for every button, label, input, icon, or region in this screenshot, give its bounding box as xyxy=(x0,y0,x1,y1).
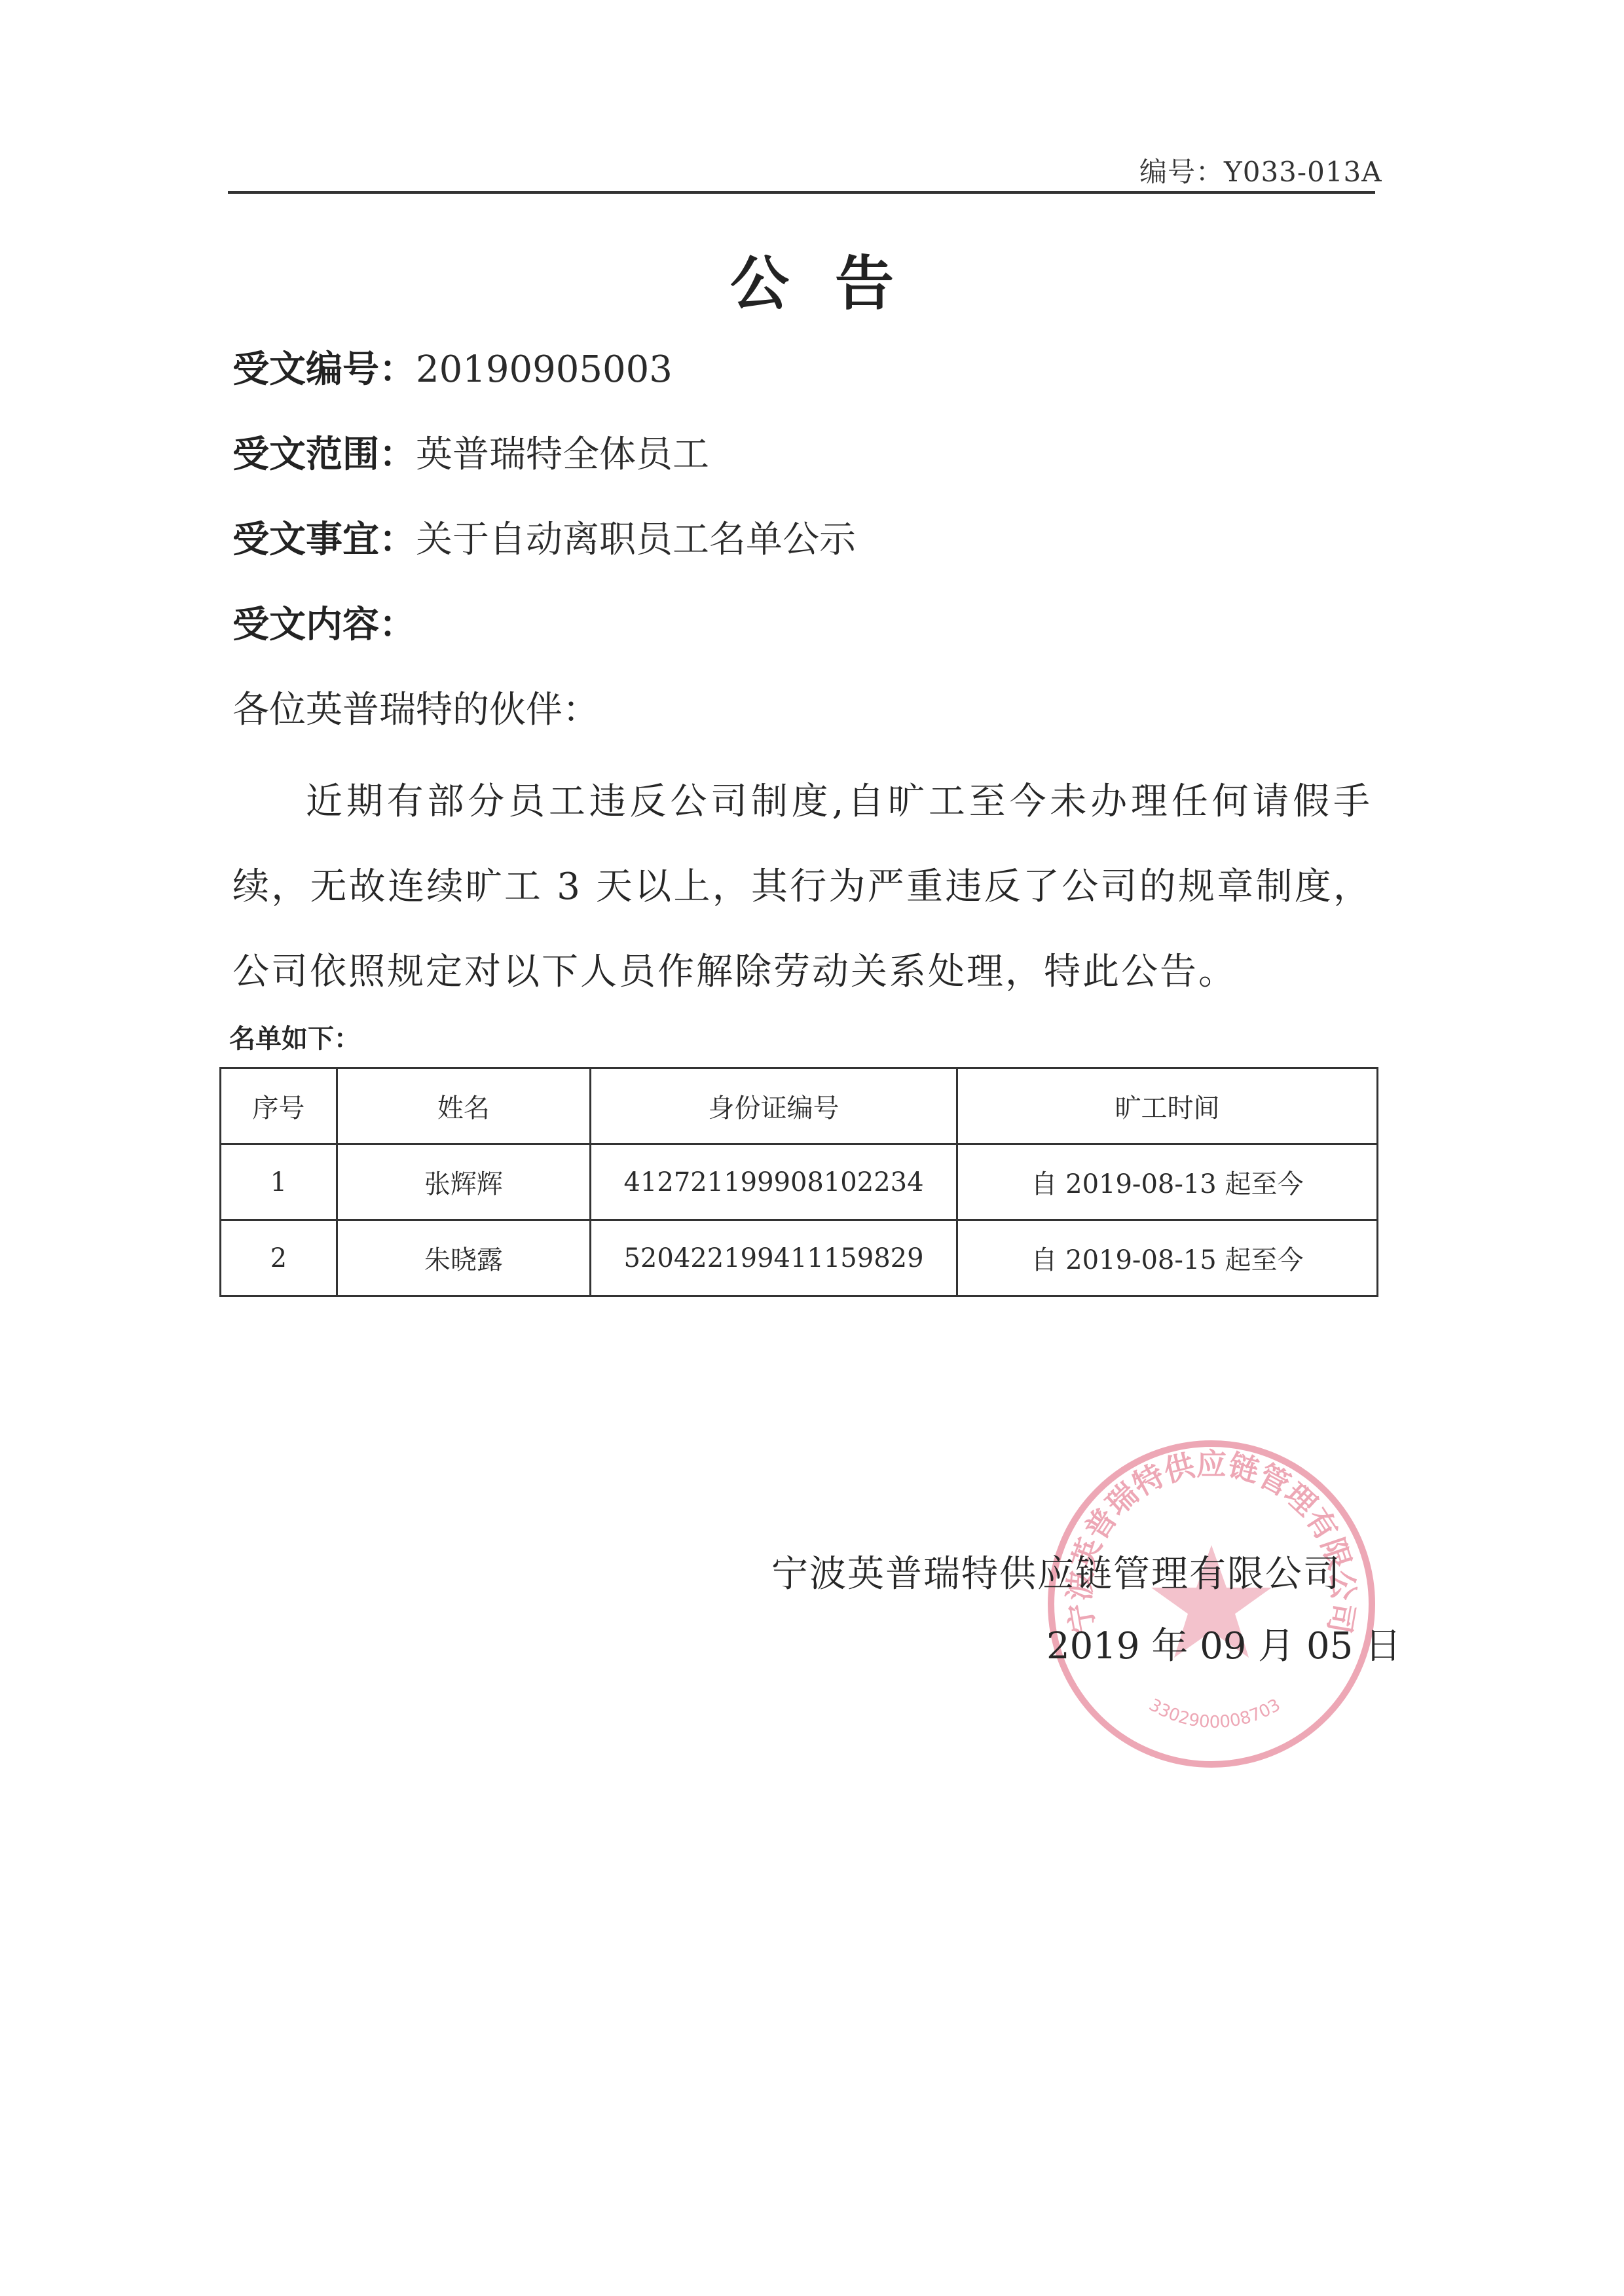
cell-index: 2 xyxy=(221,1220,337,1296)
field-label: 受文范围： xyxy=(232,433,416,476)
body-paragraph: 近期有部分员工违反公司制度,自旷工至今未办理任何请假手续，无故连续旷工 3 天以… xyxy=(232,759,1372,1015)
field-label: 受文事宜： xyxy=(232,519,416,561)
svg-text:3302900008703: 3302900008703 xyxy=(1145,1695,1283,1732)
document-code-label: 编号： xyxy=(1139,156,1224,188)
cell-absence: 自 2019-08-15 起至今 xyxy=(957,1220,1377,1296)
header-cell-name: 姓名 xyxy=(337,1068,590,1144)
field-scope: 受文范围：英普瑞特全体员工 xyxy=(232,426,709,478)
field-value: 关于自动离职员工名单公示 xyxy=(416,519,856,561)
signature-date: 2019 年 09 月 05 日 xyxy=(1046,1617,1401,1669)
stamp-number: 3302900008703 xyxy=(1145,1695,1283,1732)
cell-name: 张辉辉 xyxy=(337,1144,590,1220)
cell-absence: 自 2019-08-13 起至今 xyxy=(957,1144,1377,1220)
page-title: 公告 xyxy=(0,236,1624,321)
cell-id: 412721199908102234 xyxy=(591,1144,957,1220)
field-content: 受文内容： xyxy=(232,596,416,648)
field-value: 20190905003 xyxy=(416,348,673,391)
table-row: 1 张辉辉 412721199908102234 自 2019-08-13 起至… xyxy=(221,1144,1378,1220)
signature-company: 宁波英普瑞特供应链管理有限公司 xyxy=(771,1545,1341,1597)
field-document-number: 受文编号：20190905003 xyxy=(232,340,673,393)
field-value: 英普瑞特全体员工 xyxy=(416,433,709,476)
table-row: 2 朱晓露 520422199411159829 自 2019-08-15 起至… xyxy=(221,1220,1378,1296)
document-code: 编号：Y033-013A xyxy=(1139,151,1382,190)
employee-table: 序号 姓名 身份证编号 旷工时间 1 张辉辉 41272119990810223… xyxy=(219,1067,1378,1297)
header-cell-index: 序号 xyxy=(221,1068,337,1144)
header-divider xyxy=(228,191,1375,194)
field-label: 受文编号： xyxy=(232,348,416,391)
cell-id: 520422199411159829 xyxy=(591,1220,957,1296)
list-label: 名单如下： xyxy=(229,1018,360,1055)
field-label: 受文内容： xyxy=(232,604,416,646)
company-seal-icon: 宁波英普瑞特供应链管理有限公司 3302900008703 xyxy=(1041,1434,1382,1774)
table-header-row: 序号 姓名 身份证编号 旷工时间 xyxy=(221,1068,1378,1144)
header-cell-absence: 旷工时间 xyxy=(957,1068,1377,1144)
cell-index: 1 xyxy=(221,1144,337,1220)
greeting: 各位英普瑞特的伙伴： xyxy=(232,681,599,733)
header-cell-id: 身份证编号 xyxy=(591,1068,957,1144)
field-subject: 受文事宜：关于自动离职员工名单公示 xyxy=(232,511,856,563)
cell-name: 朱晓露 xyxy=(337,1220,590,1296)
document-code-value: Y033-013A xyxy=(1224,156,1382,188)
